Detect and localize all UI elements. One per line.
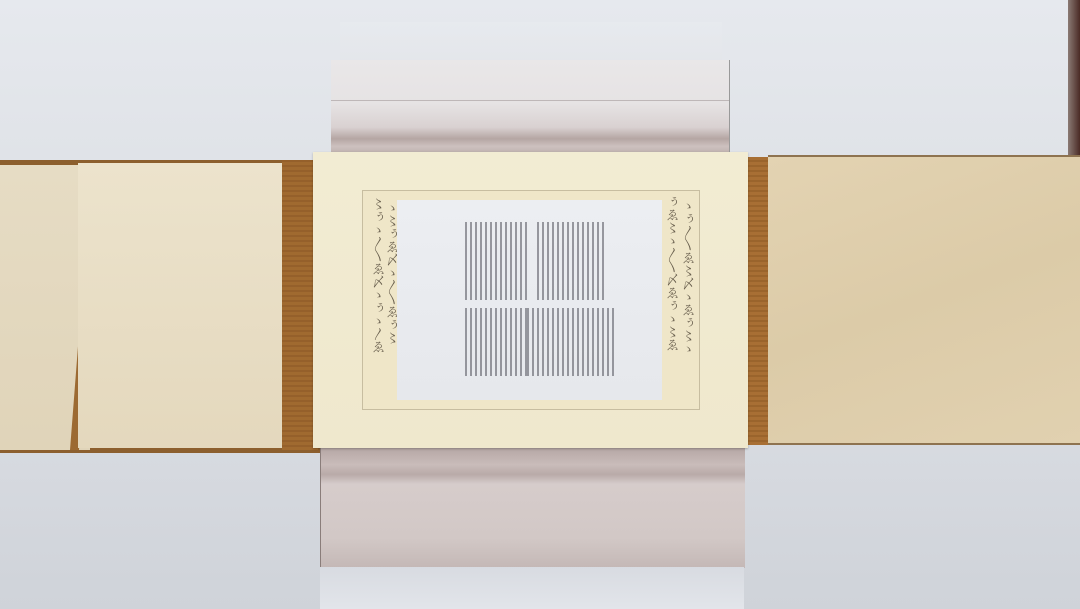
dark-edge (1068, 0, 1080, 155)
text-column (537, 222, 605, 300)
text-column (465, 308, 527, 376)
text-column (527, 308, 617, 376)
document-sheet (397, 200, 662, 400)
brush-stroke-column: ゝぅ〳〵ゑ〻〆ゝゑぅ〻ゝ (679, 199, 693, 409)
brush-stroke-column: 〻ぅゝ〳〵ゑ〆ゝぅゝ〳ゑ (369, 197, 383, 397)
left-panel-inner (78, 163, 286, 448)
right-panel (768, 155, 1080, 445)
brush-stroke-column: ぅゑ〻ゝ〳〵〆ゑぅゝ〻ゑ (663, 195, 677, 405)
brush-stroke-column: ゝ〻ぅゑ〆ゝ〳〵ゑぅ〻 (383, 201, 397, 401)
tissue-flap-bottom (320, 448, 745, 568)
text-column (465, 222, 527, 300)
tissue-flap-top (331, 60, 730, 156)
tissue-flap-bottom-lower (320, 567, 744, 609)
